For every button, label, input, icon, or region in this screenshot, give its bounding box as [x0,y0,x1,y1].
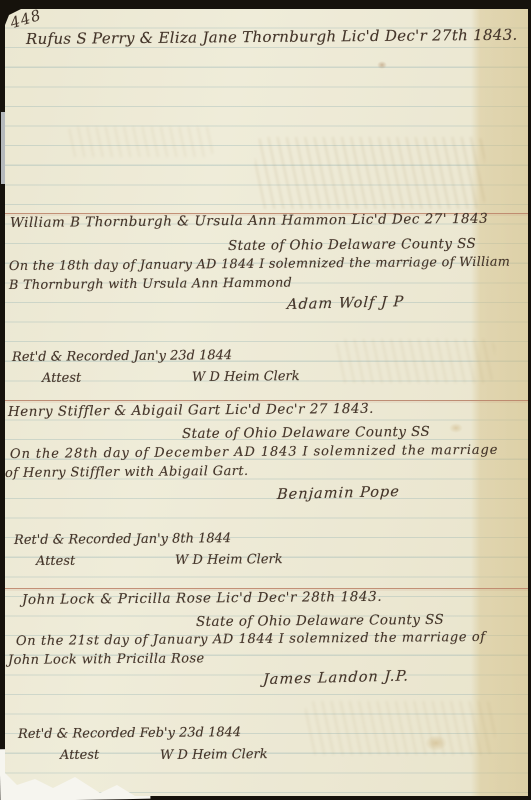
clerk-signature: W D Heim Clerk [192,369,300,385]
recorded-line: Ret'd & Recorded Feb'y 23d 1844 [18,725,241,742]
paper-stain [377,61,387,69]
attest-label: Attest [42,371,81,386]
ink-bleed-through [255,137,485,209]
document-scan: 448 Rufus S Perry & Eliza Jane Thornburg… [0,0,531,800]
discolored-band [471,9,528,796]
entry-state-line: State of Ohio Delaware County SS [182,424,430,442]
attest-label: Attest [60,748,99,763]
entry-title: Henry Stiffler & Abigail Gart Lic'd Dec'… [8,401,374,420]
page-edge-sliver [1,112,5,184]
entry-body-line: B Thornburgh with Ursula Ann Hammond [9,276,292,293]
paper-stain [425,735,447,751]
clerk-signature: W D Heim Clerk [175,552,283,568]
ledger-page: 448 Rufus S Perry & Eliza Jane Thornburg… [5,9,528,796]
recorded-line: Ret'd & Recorded Jan'y 8th 1844 [14,531,231,548]
paper-stain [449,423,463,433]
ink-bleed-through [335,339,495,383]
red-divider-line [5,588,528,589]
entry-title: John Lock & Pricilla Rose Lic'd Dec'r 28… [22,589,382,608]
entry-body-line: John Lock with Pricilla Rose [8,651,205,668]
clerk-signature: W D Heim Clerk [160,747,268,763]
entry-body-line: of Henry Stiffler with Abigail Gart. [5,464,249,481]
attest-label: Attest [36,554,75,569]
entry-state-line: State of Ohio Delaware County SS [228,236,476,254]
officiant-signature: Adam Wolf J P [286,294,404,313]
officiant-signature: Benjamin Pope [276,484,400,503]
recorded-line: Ret'd & Recorded Jan'y 23d 1844 [12,348,232,365]
ink-bleed-through [65,127,215,157]
entry-state-line: State of Ohio Delaware County SS [196,612,444,630]
ink-bleed-through [305,701,495,755]
